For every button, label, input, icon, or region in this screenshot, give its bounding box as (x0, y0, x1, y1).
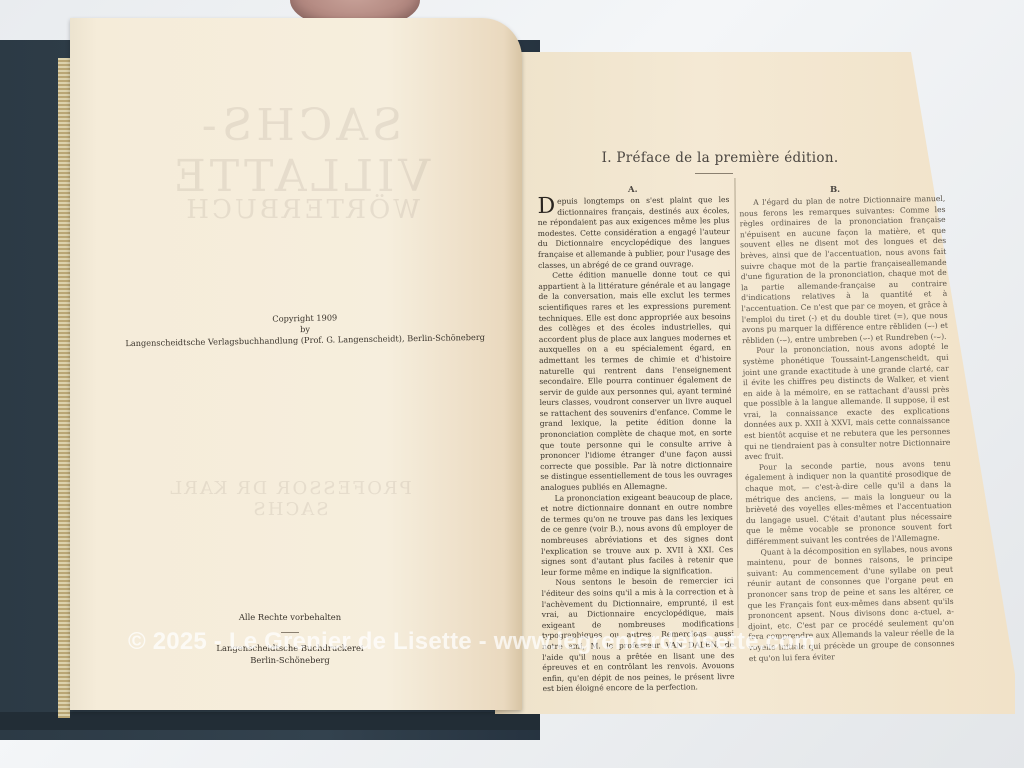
drop-cap: D (537, 198, 555, 216)
paragraph: Depuis longtemps on s'est plaint que les… (537, 195, 730, 271)
paragraph: Pour la seconde partie, nous avons tenu … (745, 459, 953, 548)
bleed-through-word: WÖRTERBUCH (220, 195, 420, 225)
paragraph: Pour la prononciation, nous avons adopté… (742, 342, 950, 463)
column-a-text: Depuis longtemps on s'est plaint que les… (537, 195, 734, 695)
bleed-through-author: PROFESSOR DR KARL SACHS (150, 478, 430, 520)
copyright-notice: Copyright 1909 by Langenscheidtsche Verl… (110, 310, 501, 350)
preface-title: I. Préface de la première édition. (590, 150, 850, 166)
bleed-through-title: SACHS-VILLATTE (140, 100, 460, 202)
paragraph: Cette édition manuelle donne tout ce qui… (538, 269, 732, 493)
gilt-page-edge (58, 58, 70, 718)
column-a-heading: A. (628, 185, 638, 195)
paragraph: La prononciation exigeant beaucoup de pl… (541, 492, 734, 579)
title-rule (695, 173, 733, 174)
copyright-watermark: © 2025 - Le Grenier de Lisette - www.leg… (128, 628, 908, 656)
column-b-heading: B. (830, 185, 840, 195)
printer-city: Berlin-Schöneberg (190, 655, 390, 667)
paragraph: A l'égard du plan de notre Dictionnaire … (739, 194, 948, 347)
column-b-text: A l'égard du plan de notre Dictionnaire … (739, 194, 955, 664)
rights-reserved: Alle Rechte vorbehalten (190, 612, 390, 624)
book-cover-edge (0, 712, 540, 730)
